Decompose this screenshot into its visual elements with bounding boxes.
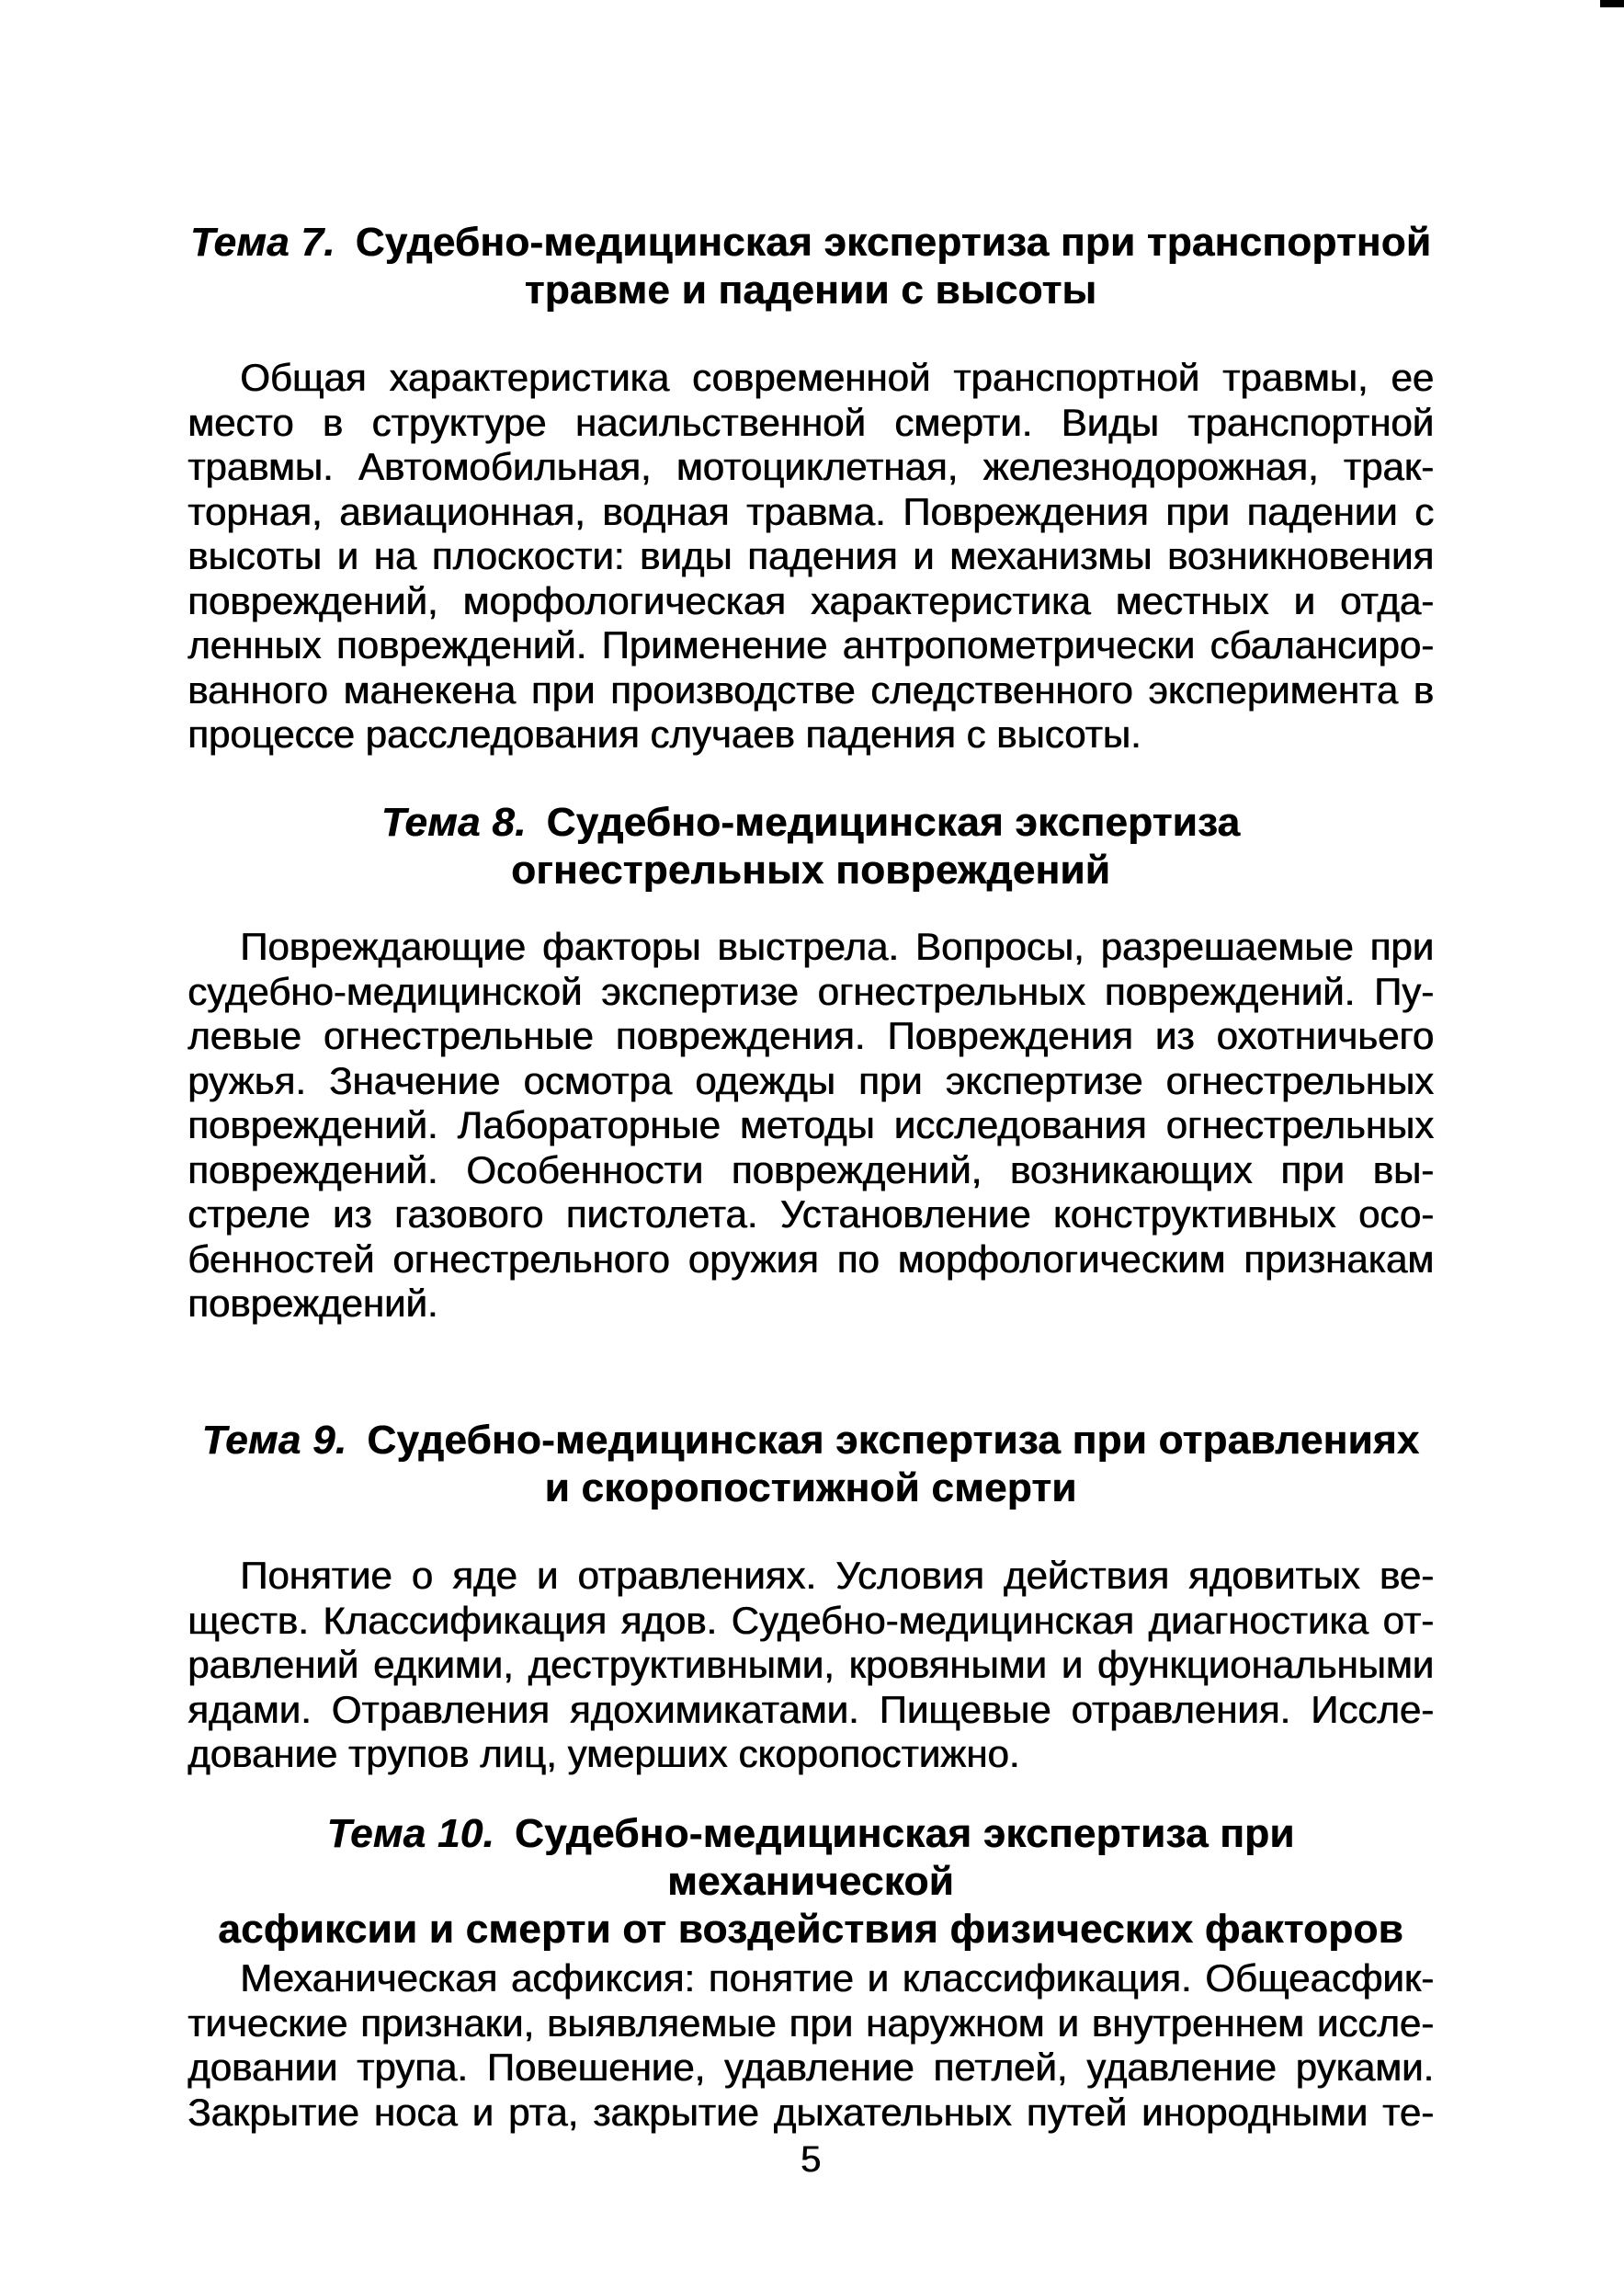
topic-10-label: Тема 10. xyxy=(326,1811,494,1856)
document-page: Тема 7.Судебно-медицинская экспертиза пр… xyxy=(0,0,1624,2279)
paragraph-line: высоты и на плоскости: виды падения и ме… xyxy=(187,534,1434,579)
topic-8-heading-line-2: огнестрельных повреждений xyxy=(187,847,1434,895)
topic-8-label: Тема 8. xyxy=(381,800,527,845)
topic-9-title: Судебно-медицинская экспертиза при отрав… xyxy=(367,1418,1419,1463)
paragraph-line: бенностей огнестрельного оружия по морфо… xyxy=(187,1237,1434,1282)
topic-9-body: Понятие о яде и отравлениях. Условия дей… xyxy=(187,1554,1434,1777)
topic-7-label: Тема 7. xyxy=(190,220,335,265)
topic-9-label: Тема 9. xyxy=(202,1418,347,1463)
topic-7-heading: Тема 7.Судебно-медицинская экспертиза пр… xyxy=(187,219,1434,314)
paragraph-line: ванного манекена при производстве следст… xyxy=(187,668,1434,713)
topic-7-body: Общая характеристика современной транспо… xyxy=(187,356,1434,758)
topic-10-heading-line-2: асфиксии и смерти от воздействия физичес… xyxy=(187,1906,1434,1954)
paragraph-line: ленных повреждений. Применение антропоме… xyxy=(187,623,1434,668)
paragraph-line: довании трупа. Повешение, удавление петл… xyxy=(187,2045,1434,2091)
paragraph-line: ружья. Значение осмотра одежды при экспе… xyxy=(187,1059,1434,1104)
topic-10-body: Механическая асфиксия: понятие и классиф… xyxy=(187,1956,1434,2135)
paragraph-line: повреждений. xyxy=(187,1282,1434,1327)
paragraph-line: судебно-медицинской экспертизе огнестрел… xyxy=(187,970,1434,1015)
paragraph-line: процессе расследования случаев падения с… xyxy=(187,712,1434,758)
paragraph-line: повреждений. Лабораторные методы исследо… xyxy=(187,1103,1434,1148)
topic-8-heading: Тема 8.Судебно-медицинская экспертиза ог… xyxy=(187,799,1434,895)
topic-10-title: Судебно-медицинская экспертиза при механ… xyxy=(515,1811,1295,1904)
paragraph-line: ядами. Отравления ядохимикатами. Пищевые… xyxy=(187,1688,1434,1733)
paragraph-line: повреждений. Особенности повреждений, во… xyxy=(187,1148,1434,1193)
page-number: 5 xyxy=(187,2139,1434,2181)
paragraph-line: травмы. Автомобильная, мотоциклетная, же… xyxy=(187,445,1434,490)
paragraph-line: дование трупов лиц, умерших скоропостижн… xyxy=(187,1732,1434,1777)
paragraph-line: ществ. Классификация ядов. Судебно-медиц… xyxy=(187,1599,1434,1644)
paragraph-line: Механическая асфиксия: понятие и классиф… xyxy=(187,1956,1434,2001)
paragraph-line: Понятие о яде и отравлениях. Условия дей… xyxy=(187,1554,1434,1599)
topic-9-heading: Тема 9.Судебно-медицинская экспертиза пр… xyxy=(187,1417,1434,1512)
topic-8-title: Судебно-медицинская экспертиза xyxy=(547,800,1241,845)
paragraph-line: Повреждающие факторы выстрела. Вопросы, … xyxy=(187,925,1434,970)
paragraph-line: тические признаки, выявляемые при наружн… xyxy=(187,2001,1434,2046)
paragraph-line: торная, авиационная, водная травма. Повр… xyxy=(187,490,1434,535)
topic-9-heading-line-1: Тема 9.Судебно-медицинская экспертиза пр… xyxy=(187,1417,1434,1464)
topic-10-heading-line-1: Тема 10.Судебно-медицинская экспертиза п… xyxy=(187,1810,1434,1906)
topic-7-heading-line-1: Тема 7.Судебно-медицинская экспертиза пр… xyxy=(187,219,1434,267)
paragraph-line: левые огнестрельные повреждения. Поврежд… xyxy=(187,1014,1434,1059)
topic-7-title: Судебно-медицинская экспертиза при транс… xyxy=(356,220,1432,265)
paragraph-line: равлений едкими, деструктивными, кровяны… xyxy=(187,1643,1434,1688)
topic-8-heading-line-1: Тема 8.Судебно-медицинская экспертиза xyxy=(187,799,1434,847)
topic-7-heading-line-2: травме и падении с высоты xyxy=(187,267,1434,314)
paragraph-line: место в структуре насильственной смерти.… xyxy=(187,401,1434,446)
paragraph-line: Закрытие носа и рта, закрытие дыхательны… xyxy=(187,2091,1434,2136)
paragraph-line: Общая характеристика современной транспо… xyxy=(187,356,1434,401)
paragraph-line: стреле из газового пистолета. Установлен… xyxy=(187,1192,1434,1237)
paragraph-line: повреждений, морфологическая характерист… xyxy=(187,579,1434,624)
topic-9-heading-line-2: и скоропостижной смерти xyxy=(187,1464,1434,1512)
topic-10-heading: Тема 10.Судебно-медицинская экспертиза п… xyxy=(187,1810,1434,1954)
scan-corner-mark xyxy=(1600,0,1624,7)
topic-8-body: Повреждающие факторы выстрела. Вопросы, … xyxy=(187,925,1434,1327)
